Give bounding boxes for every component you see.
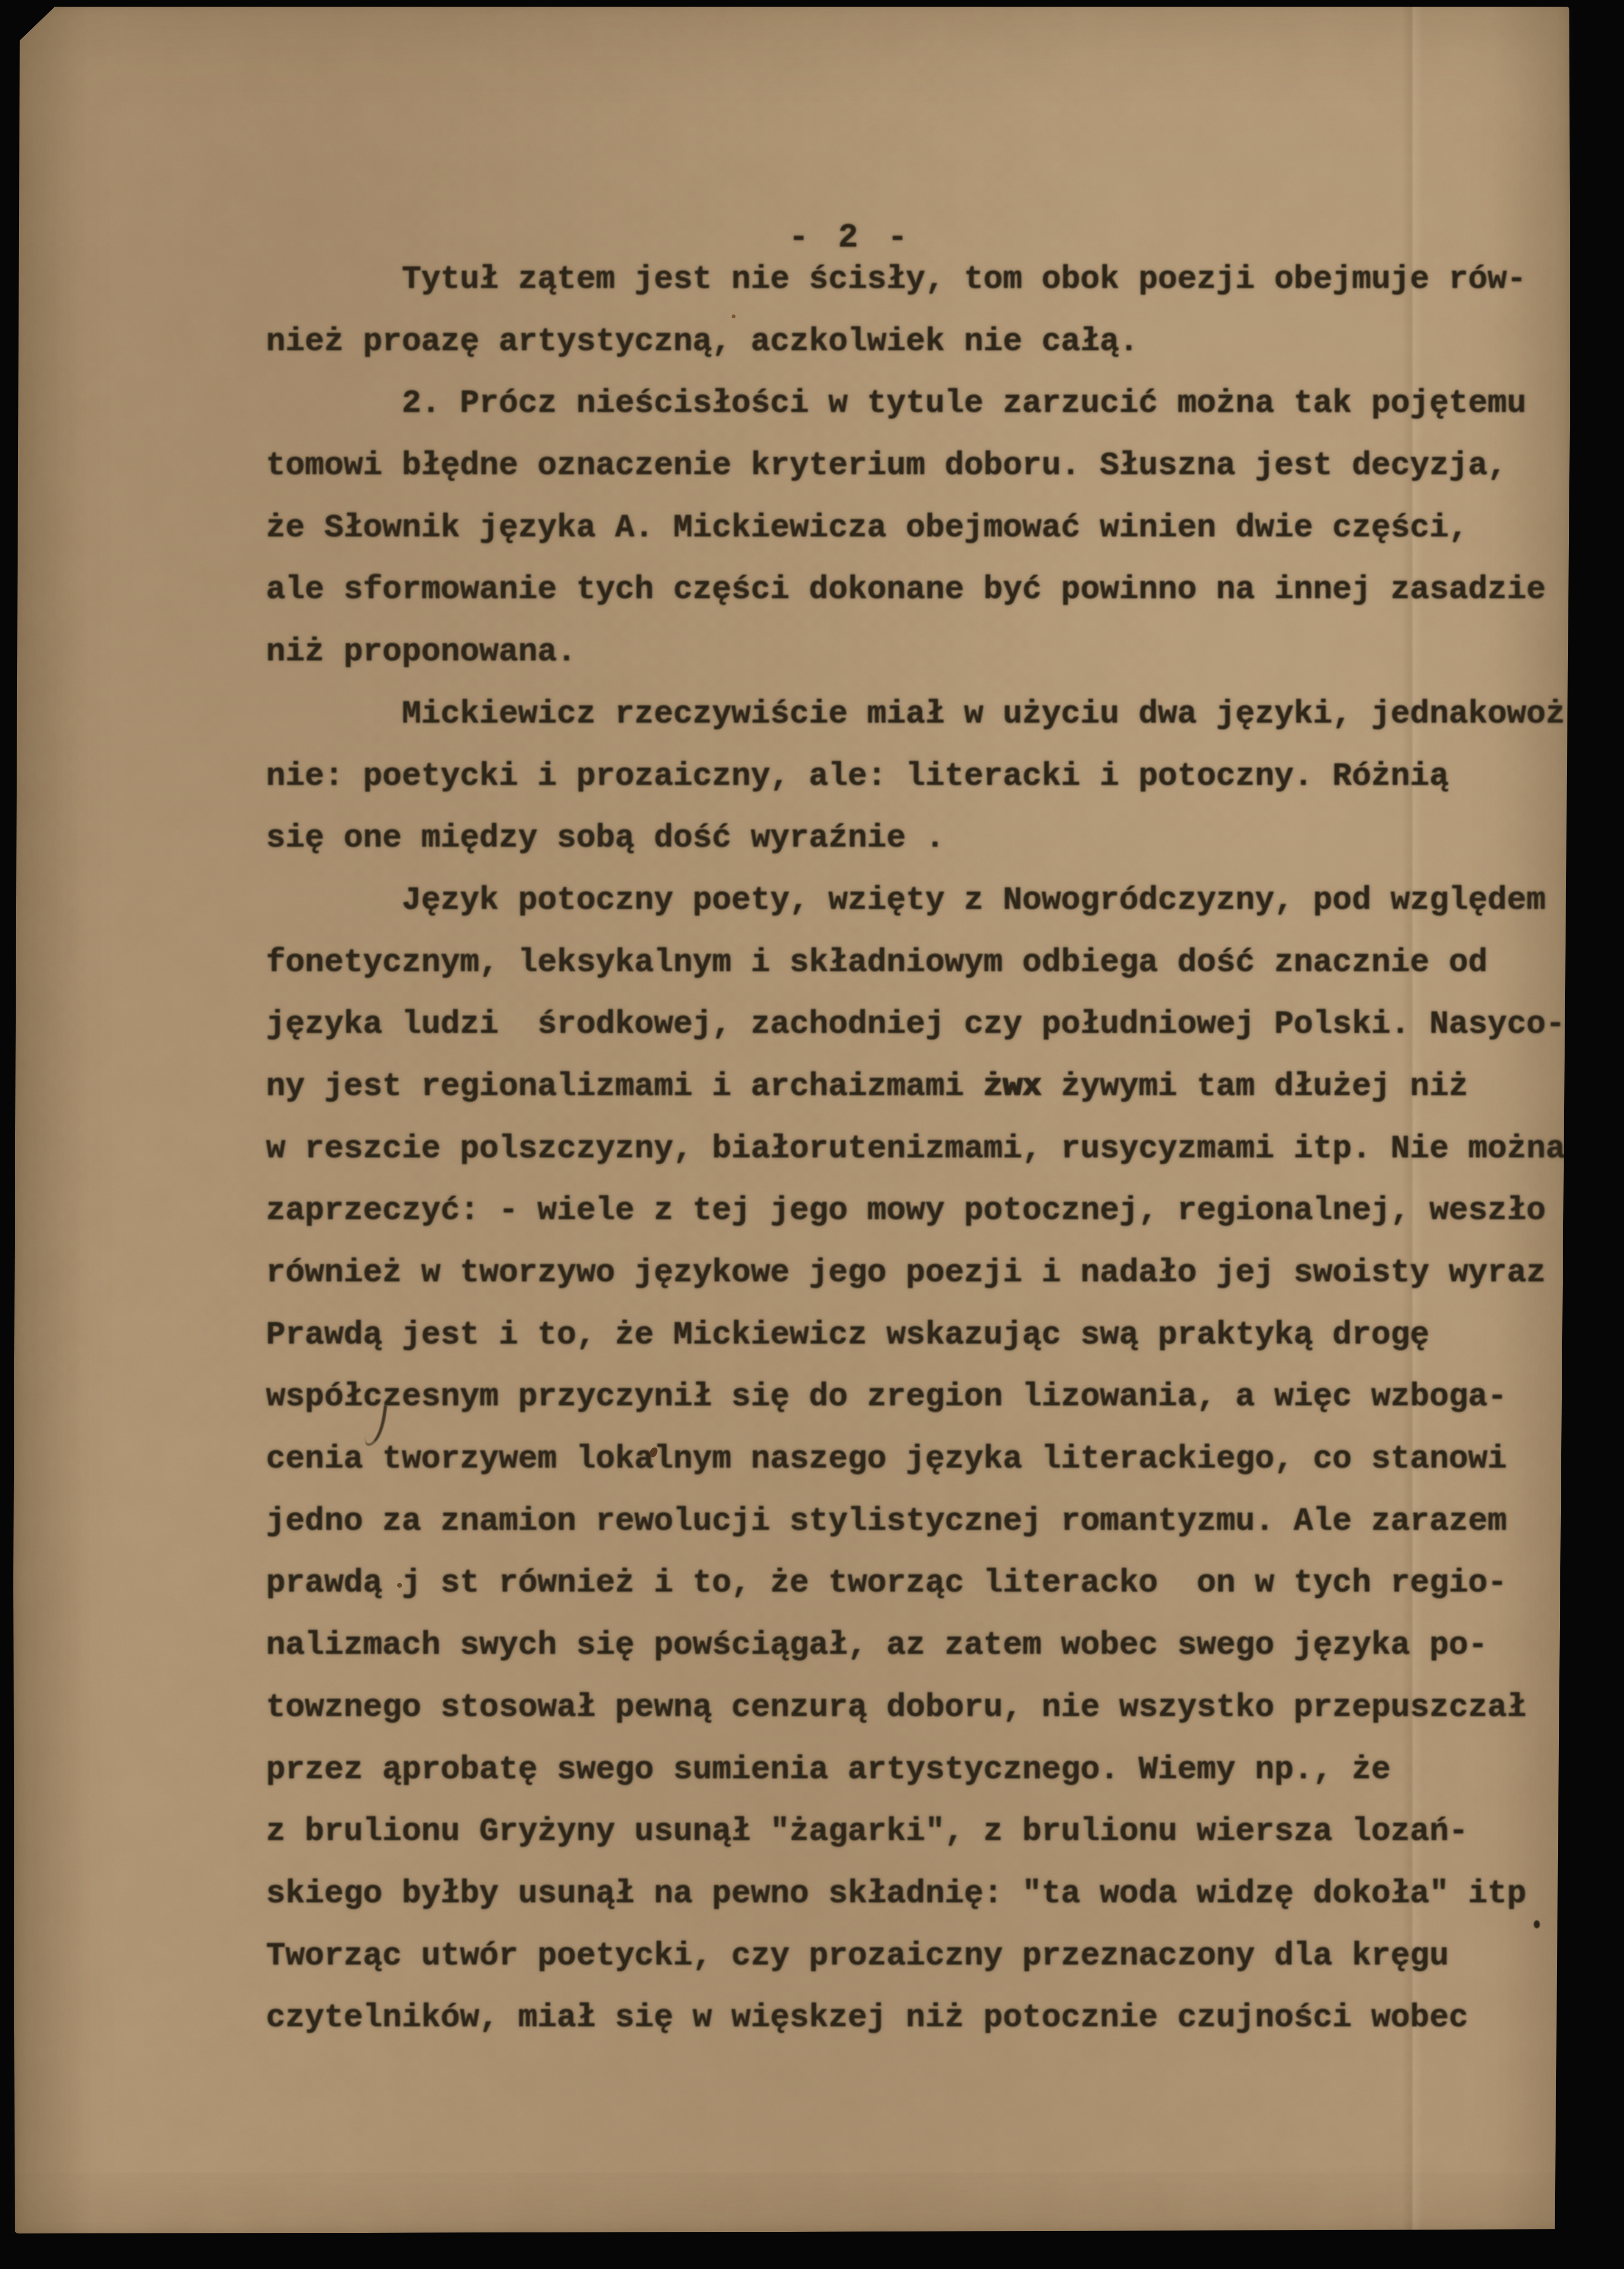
text-line: prawdą j st również i to, że tworząc lit…: [266, 1553, 1565, 1615]
paper-speck: [732, 315, 736, 318]
text-line: nalizmach swych się powściągał, az zatem…: [266, 1615, 1565, 1677]
typewritten-text-block: Tytuł zątem jest nie ścisły, tom obok po…: [266, 249, 1565, 2050]
text-line: nież proazę artystyczną, aczkolwiek nie …: [266, 311, 1565, 373]
overstruck-word: żwx: [984, 1068, 1041, 1105]
text-line: Tworząc utwór poetycki, czy prozaiczny p…: [266, 1926, 1565, 1988]
text-line: tomowi błędne oznaczenie kryterium dobor…: [266, 435, 1565, 497]
text-line: że Słownik języka A. Mickiewicza obejmow…: [266, 497, 1565, 560]
paper-speck: [397, 1583, 402, 1588]
text-line: Mickiewicz rzeczywiście miał w użyciu dw…: [266, 684, 1565, 746]
text-line: nie: poetycki i prozaiczny, ale: literac…: [266, 746, 1565, 808]
text-line: zaprzeczyć: - wiele z tej jego mowy poto…: [266, 1180, 1565, 1242]
text-line: się one między sobą dość wyraźnie .: [266, 808, 1565, 870]
text-line: przez ąprobatę swego sumienia artystyczn…: [266, 1739, 1565, 1802]
text-line: fonetycznym, leksykalnym i składniowym o…: [266, 932, 1565, 994]
text-line: z brulionu Gryżyny usunął "żagarki", z b…: [266, 1801, 1565, 1863]
scan-border-bottom: [0, 2228, 1624, 2269]
text-line: towznego stosował pewną cenzurą doboru, …: [266, 1677, 1565, 1739]
text-line: czytelników, miał się w więskzej niż pot…: [266, 1987, 1565, 2050]
text-line: 2. Prócz nieścisłości w tytule zarzucić …: [266, 373, 1565, 435]
text-line: Język potoczny poety, wzięty z Nowogródc…: [266, 870, 1565, 932]
ink-dot: [1534, 1920, 1540, 1928]
text-line: jedno za znamion rewolucji stylistycznej…: [266, 1491, 1565, 1553]
text-line: Prawdą jest i to, że Mickiewicz wskazują…: [266, 1305, 1565, 1367]
text-line: również w tworzywo językowe jego poezji …: [266, 1242, 1565, 1305]
text-line: języka ludzi środkowej, zachodniej czy p…: [266, 994, 1565, 1056]
text-line: cenia tworzywem lokalnym naszego języka …: [266, 1429, 1565, 1491]
text-line: ny jest regionalizmami i archaizmami żwx…: [266, 1056, 1565, 1118]
text-line: Tytuł zątem jest nie ścisły, tom obok po…: [266, 249, 1565, 311]
text-line: skiego byłby usunął na pewno składnię: "…: [266, 1863, 1565, 1926]
text-line: w reszcie polszczyzny, białorutenizmami,…: [266, 1118, 1565, 1181]
text-line: ale sformowanie tych części dokonane być…: [266, 559, 1565, 621]
scanned-page: - 2 - Tytuł zątem jest nie ścisły, tom o…: [0, 0, 1624, 2269]
text-line: współczesnym przyczynił się do zregion l…: [266, 1366, 1565, 1429]
scan-border-top: [0, 0, 1624, 7]
text-line: niż proponowana.: [266, 621, 1565, 684]
